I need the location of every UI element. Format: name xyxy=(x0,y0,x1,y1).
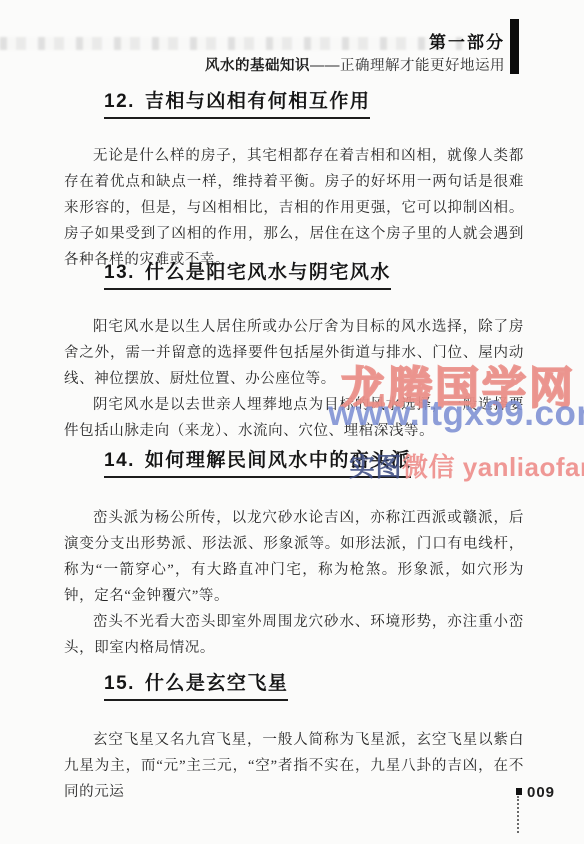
watermark-site-url: www.ltgx99.com xyxy=(328,394,584,434)
book-page: 第一部分 风水的基础知识——正确理解才能更好地运用 12.吉相与凶相有何相互作用… xyxy=(0,0,584,844)
page-number: 009 xyxy=(527,784,555,801)
section-14-paragraph-1: 峦头派为杨公所传，以龙穴砂水论吉凶，亦称江西派或赣派，后演变分支出形势派、形法派… xyxy=(64,505,524,609)
section-13-title: 13.什么是阳宅风水与阴宅风水 xyxy=(104,257,391,290)
chapter-subtitle: 风水的基础知识——正确理解才能更好地运用 xyxy=(205,54,505,75)
part-label: 第一部分 xyxy=(429,28,505,53)
section-12-title-text: 吉相与凶相有何相互作用 xyxy=(145,91,371,112)
section-12-number: 12. xyxy=(104,91,135,112)
chapter-subtitle-rest: ——正确理解才能更好地运用 xyxy=(310,58,505,74)
section-12-paragraph: 无论是什么样的房子，其宅相都存在着吉相和凶相，就像人类都存在着优点和缺点一样，维… xyxy=(64,143,524,273)
section-12-title: 12.吉相与凶相有何相互作用 xyxy=(104,86,370,119)
section-15-title-text: 什么是玄空飞星 xyxy=(145,673,289,694)
scan-smudge-band xyxy=(0,37,462,50)
section-15-paragraph: 玄空飞星又名九宫飞星，一般人简称为飞星派，玄空飞星以紫白九星为主，而“元”主三元… xyxy=(64,727,524,805)
section-14-number: 14. xyxy=(104,450,135,471)
watermark-wechat-prefix: 实图 xyxy=(349,452,402,482)
page-number-square-marker xyxy=(516,788,522,795)
header-vertical-bar xyxy=(510,19,519,74)
watermark-wechat: 实图微信 yanliaofan225 xyxy=(349,447,584,484)
chapter-subtitle-bold: 风水的基础知识 xyxy=(205,58,310,74)
watermark-wechat-label: 微信 yanliaofan225 xyxy=(402,452,584,482)
section-15-number: 15. xyxy=(104,673,135,694)
page-number-dotted-rule xyxy=(517,796,519,833)
section-13-number: 13. xyxy=(104,262,135,283)
section-14-paragraph-2: 峦头不光看大峦头即室外周围龙穴砂水、环境形势，亦注重小峦头，即室内格局情况。 xyxy=(64,609,524,661)
section-15-title: 15.什么是玄空飞星 xyxy=(104,668,288,701)
section-13-title-text: 什么是阳宅风水与阴宅风水 xyxy=(145,262,391,283)
